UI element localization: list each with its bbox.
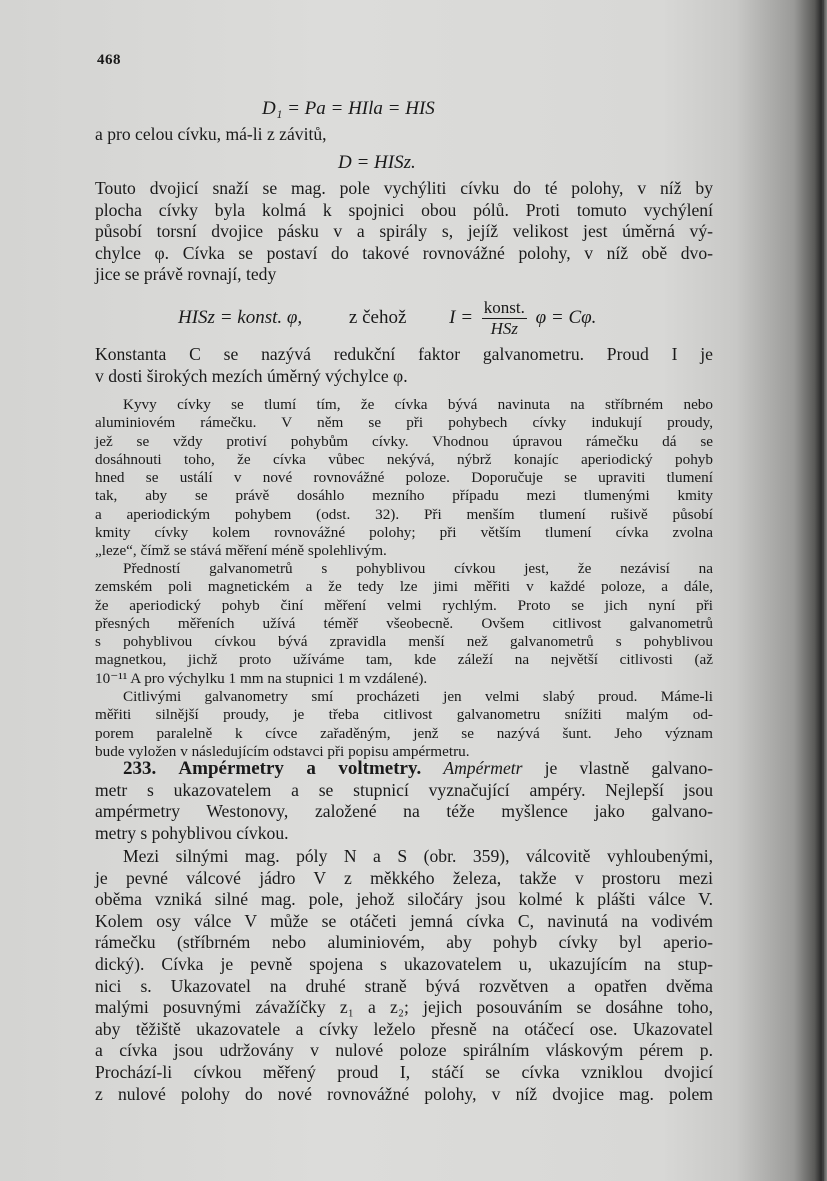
text-line: a aperiodickým pohybem (odst. 32). Při m… (95, 506, 713, 524)
section-number: 233. (123, 758, 156, 779)
text-line: že aperiodický pohyb činí měření velmi r… (95, 597, 713, 615)
equation-total-torque: D = HISz. (338, 152, 416, 174)
section-lead-text: je vlastně galvano- (545, 758, 713, 778)
page-number: 468 (97, 52, 121, 69)
equation-equilibrium: HISz = konst. φ, z čehož I = konst. HSz … (178, 298, 596, 339)
text-line: jice se právě rovnají, tedy (95, 264, 713, 286)
text-line: Mezi silnými mag. póly N a S (obr. 359),… (95, 846, 713, 868)
text-line: a pro celou cívku, má-li z závitů, (95, 124, 713, 146)
text-line: je pevné válcové jádro V z měkkého želez… (95, 868, 713, 890)
text-line: metry s pohyblivou cívkou. (95, 823, 713, 845)
text-line: aby těžiště ukazovatele a cívky leželo p… (95, 1019, 713, 1041)
equation-left: HISz = konst. φ, (178, 307, 302, 328)
text-line: 10⁻¹¹ A pro výchylku 1 mm na stupnici 1 … (95, 670, 713, 688)
paragraph-advantages: Předností galvanometrů s pohyblivou cívk… (95, 560, 713, 688)
text-line: hned se ustálí v nové rovnovážné poloze.… (95, 469, 713, 487)
text-line: Konstanta C se nazývá redukční faktor ga… (95, 344, 713, 366)
text-line: působí torsní dvojice pásku v a spirály … (95, 221, 713, 243)
text-line: Citlivými galvanometry smí procházeti je… (95, 688, 713, 706)
text-line: a cívka jsou udržovány v nulové poloze s… (95, 1040, 713, 1062)
text-line: „leze“, čímž se stává měření méně spoleh… (95, 542, 713, 560)
text-line: Touto dvojicí snaží se mag. pole vychýli… (95, 178, 713, 200)
paragraph-weston-construction: Mezi silnými mag. póly N a S (obr. 359),… (95, 846, 713, 1105)
paragraph-shunt: Citlivými galvanometry smí procházeti je… (95, 688, 713, 761)
text-line: magnetkou, jichž proto užíváme tam, kde … (95, 651, 713, 669)
text-line: dický). Cívka je pevně spojena s ukazova… (95, 954, 713, 976)
section-title: Ampérmetry a voltmetry. (178, 758, 421, 779)
section-233: 233. Ampérmetry a voltmetry. Ampérmetr j… (95, 758, 713, 844)
text-line: tak, aby se právě dosáhlo mezního případ… (95, 487, 713, 505)
text-line: malými posuvnými závažíčky z₁ a z₂; jeji… (95, 997, 713, 1019)
fraction-denominator: HSz (482, 319, 527, 339)
text-line: nici s. Ukazovatel na druhé straně bývá … (95, 976, 713, 998)
text-line: kmity cívky kolem rovnovážné polohy; při… (95, 524, 713, 542)
text-line: s pohyblivou cívkou bývá zpravidla menší… (95, 633, 713, 651)
text-line: přesných měřeních užívá téměř všeobecně.… (95, 615, 713, 633)
equation-torque-per-turn: D₁ = Pa = HIla = HIS (262, 98, 435, 120)
text-line: ampérmetry Westonovy, založené na téže m… (95, 801, 713, 823)
text-line: oběma vzniká silné mag. pole, jehož silo… (95, 889, 713, 911)
fraction-numerator: konst. (482, 298, 527, 319)
section-lead-term: Ampérmetr (443, 758, 522, 778)
paragraph-torsion: Touto dvojicí snaží se mag. pole vychýli… (95, 178, 713, 286)
text-line: porem paralelně k cívce zařaděným, jenž … (95, 725, 713, 743)
equation-lhs: I = (449, 307, 473, 328)
text-line: Kyvy cívky se tlumí tím, že cívka bývá n… (95, 396, 713, 414)
text-line: aluminiovém rámečku. V něm se při pohybe… (95, 414, 713, 432)
text-line: metr s ukazovatelem a se stupnicí vyznač… (95, 780, 713, 802)
text-line: Kolem osy válce V může se otáčeti jemná … (95, 911, 713, 933)
text-line: v dosti širokých mezích úměrný výchylce … (95, 366, 713, 388)
text-line: rámečku (stříbrném nebo aluminiovém, aby… (95, 932, 713, 954)
section-heading-line: 233. Ampérmetry a voltmetry. Ampérmetr j… (95, 758, 713, 780)
book-page: 468 D₁ = Pa = HIla = HIS a pro celou cív… (0, 0, 827, 1181)
text-line: chylce φ. Cívka se postaví do takové rov… (95, 243, 713, 265)
text-line: plocha cívky byla kolmá k spojnici obou … (95, 200, 713, 222)
paragraph-reduction-factor: Konstanta C se nazývá redukční faktor ga… (95, 344, 713, 387)
equation-rhs: φ = Cφ. (536, 307, 597, 328)
text-line: jež se vždy protiví pohybům cívky. Vhodn… (95, 433, 713, 451)
text-line: z nulové polohy do nové rovnovážné poloh… (95, 1084, 713, 1106)
equation-connector: z čehož (349, 307, 406, 328)
paragraph-damping: Kyvy cívky se tlumí tím, že cívka bývá n… (95, 396, 713, 561)
text-line: dosáhnouti toho, že cívka vůbec nekývá, … (95, 451, 713, 469)
equation-fraction: konst. HSz (482, 298, 527, 339)
equation-intro-text: a pro celou cívku, má-li z závitů, (95, 124, 713, 146)
text-line: zemském poli magnetickém a že tedy lze j… (95, 578, 713, 596)
text-line: Předností galvanometrů s pohyblivou cívk… (95, 560, 713, 578)
text-line: měřiti silnější proudy, je třeba citlivo… (95, 706, 713, 724)
text-line: Prochází-li cívkou měřený proud I, stáčí… (95, 1062, 713, 1084)
